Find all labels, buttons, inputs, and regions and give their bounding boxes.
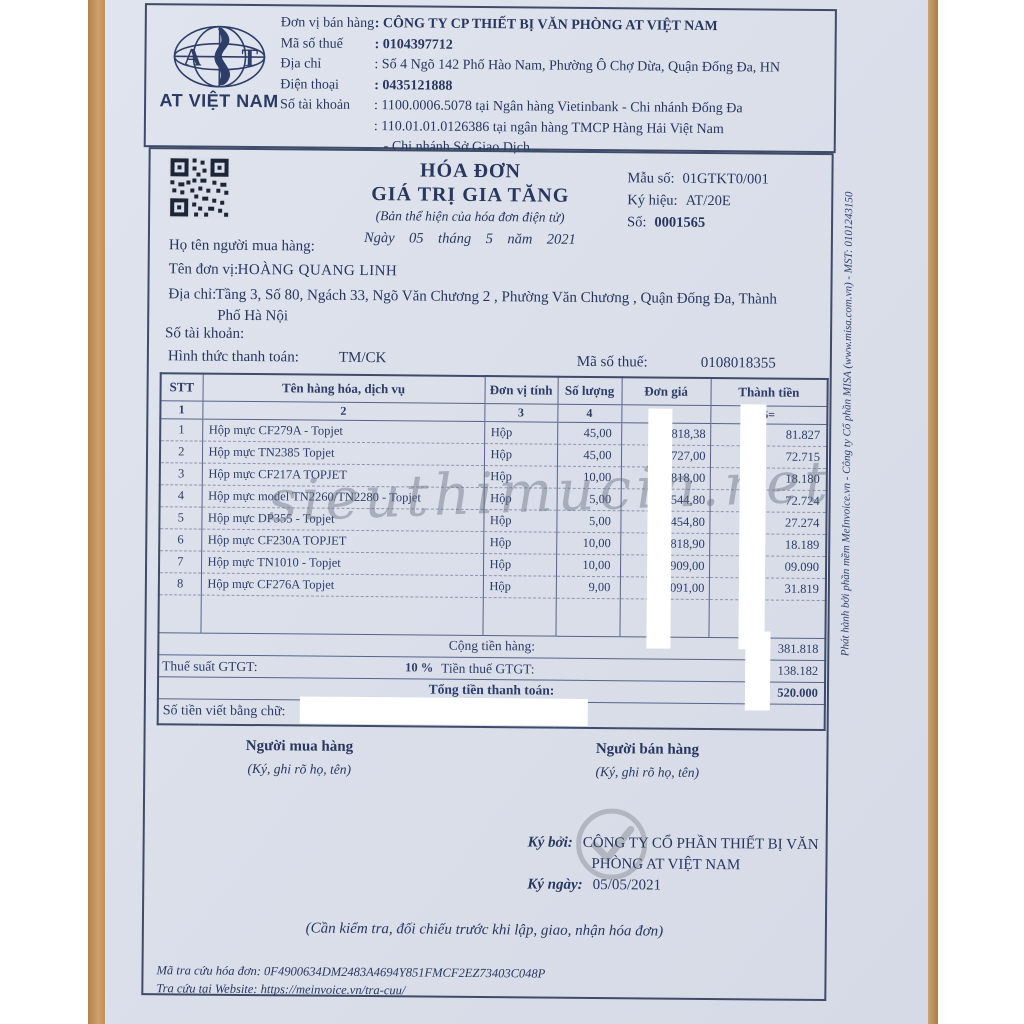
buyer-person-label: Họ tên người mua hàng: — [169, 237, 315, 255]
globe-logo-icon: A T — [165, 23, 274, 90]
line-items-table: STT Tên hàng hóa, dịch vụ Đơn vị tính Số… — [157, 372, 829, 731]
logo-text: AT VIỆT NAM — [158, 90, 280, 112]
cell-amount: 18.180 — [710, 467, 827, 490]
buyer-address-line2: Phố Hà Nội — [217, 308, 288, 326]
cell-name: Hộp mực CF217A TOPJET — [202, 463, 484, 487]
cell-stt: 3 — [160, 462, 202, 484]
cell-stt: 1 — [160, 418, 202, 440]
cell-name: Hộp mực DP355 - Topjet — [201, 507, 483, 531]
number-value: 0001565 — [654, 215, 705, 231]
cell-name: Hộp mực CF279A - Topjet — [202, 419, 484, 443]
svg-text:T: T — [241, 45, 258, 72]
cell-amount: 31.819 — [709, 577, 826, 600]
buyer-unit-name: HOÀNG QUANG LINH — [238, 262, 398, 280]
seller-header-box: A T AT VIỆT NAM Đơn vị bán hàng: CÔNG TY… — [144, 3, 837, 153]
qr-code-icon — [168, 156, 231, 224]
cell-amount: 18.189 — [709, 533, 826, 556]
cell-name: Hộp mực CF230A TOPJET — [201, 529, 483, 553]
lookup-code-line: Mã tra cứu hóa đơn: 0F4900634DM2483A4694… — [156, 963, 545, 981]
vat-amount-label: Tiền thuế GTGT: — [441, 660, 534, 677]
form-label: Mẫu số: — [627, 170, 674, 186]
colnum-4: 4 — [557, 404, 621, 423]
number-label: Số: — [627, 214, 646, 230]
cell-stt: 8 — [159, 572, 201, 594]
cell-stt: 2 — [160, 440, 202, 462]
subtotal-value: 381.818 — [778, 641, 819, 656]
seller-taxcode-label: Mã số thuế — [281, 34, 375, 55]
colnum-3: 3 — [484, 403, 557, 422]
invoice-subtitle: (Bản thể hiện của hóa đơn điện tử) — [318, 206, 622, 229]
cell-qty: 10,00 — [556, 554, 620, 577]
buyer-taxcode-value: 0108018355 — [701, 355, 776, 373]
cell-qty: 10,00 — [557, 466, 621, 489]
serial-value: AT/20E — [686, 193, 731, 209]
vat-rate-label: Thuế suất GTGT: — [162, 658, 257, 675]
buyer-signature-note: (Ký, ghi rõ họ, tên) — [189, 760, 409, 778]
cell-unit: Hộp — [484, 487, 557, 510]
invoice-date: Ngày 05 tháng 5 năm 2021 — [318, 226, 622, 253]
seller-company-label: Đơn vị bán hàng — [281, 13, 375, 34]
vat-rate-value: 10 % — [405, 660, 433, 675]
seller-phone-label: Điện thoại — [280, 75, 374, 96]
signed-by-line2: PHÒNG AT VIỆT NAM — [527, 853, 818, 877]
signed-by-line1: CÔNG TY CỔ PHẦN THIẾT BỊ VĂN — [583, 835, 819, 853]
cell-stt: 4 — [160, 484, 202, 506]
buyer-unit-label: Tên đơn vị: — [169, 261, 239, 279]
header-unit: Đơn vị tính — [484, 376, 557, 404]
invoice-content: A T AT VIỆT NAM Đơn vị bán hàng: CÔNG TY… — [0, 0, 1024, 1024]
buyer-address-label: Địa chỉ: — [168, 286, 216, 303]
cell-amount: 72.724 — [710, 489, 827, 512]
payment-method-value: TM/CK — [339, 350, 387, 367]
header-price: Đơn giá — [621, 377, 710, 405]
seller-signature-block: Người bán hàng (Ký, ghi rõ họ, tên) — [537, 741, 757, 782]
empty-row — [158, 594, 825, 638]
cell-amount: 81.827 — [710, 423, 827, 446]
form-value: 01GTKT0/001 — [683, 171, 769, 188]
cell-qty: 45,00 — [557, 422, 621, 445]
colnum-6: 6= — [710, 405, 827, 424]
cell-unit: Hộp — [483, 531, 556, 554]
amount-in-words-label: Số tiền viết bằng chữ: — [163, 703, 286, 720]
cell-unit: Hộp — [484, 421, 557, 444]
cell-unit: Hộp — [483, 575, 556, 598]
cell-name: Hộp mực TN1010 - Topjet — [201, 551, 483, 575]
vat-amount-value: 138.182 — [777, 663, 818, 678]
seller-info: Đơn vị bán hàng: CÔNG TY CP THIẾT BỊ VĂN… — [280, 13, 833, 161]
seller-account-label: Số tài khoản — [280, 95, 374, 116]
seller-address-label: Địa chỉ — [280, 54, 374, 75]
lookup-website-label: Tra cứu tại Website: — [156, 981, 257, 996]
cell-unit: Hộp — [484, 465, 557, 488]
signed-by-label: Ký bởi: — [528, 834, 573, 850]
cell-unit: Hộp — [483, 553, 556, 576]
buyer-signature-block: Người mua hàng (Ký, ghi rõ họ, tên) — [189, 737, 409, 778]
seller-signature-note: (Ký, ghi rõ họ, tên) — [537, 764, 757, 782]
lookup-website-url: https://meinvoice.vn/tra-cuu/ — [261, 982, 406, 997]
payment-method-label: Hình thức thanh toán: — [168, 348, 299, 366]
colnum-1: 1 — [160, 400, 202, 418]
cell-amount: 72.715 — [710, 445, 827, 468]
invoice-meta-block: Mẫu số:01GTKT0/001 Ký hiệu:AT/20E Số:000… — [627, 167, 769, 234]
redaction-box-amount-in-words — [300, 696, 588, 726]
cell-stt: 6 — [159, 528, 201, 550]
cell-name: Hộp mực model TN2260/TN2280 - Topjet — [202, 485, 484, 509]
cell-qty: 45,00 — [557, 444, 621, 467]
lookup-code-label: Mã tra cứu hóa đơn: — [156, 963, 261, 978]
invoice-title-block: HÓA ĐƠN GIÁ TRỊ GIA TĂNG (Bản thể hiện c… — [318, 159, 623, 253]
redaction-box-amount — [738, 404, 766, 649]
subtotal-label: Cộng tiền hàng: — [159, 635, 824, 657]
buyer-signature-title: Người mua hàng — [189, 737, 409, 756]
header-qty: Số lượng — [557, 377, 621, 405]
lookup-website-line: Tra cứu tại Website: https://meinvoice.v… — [156, 981, 405, 998]
publisher-side-note: Phát hành bởi phần mềm MeInvoice.vn - Cô… — [839, 131, 864, 656]
redaction-box-unit-price — [646, 408, 672, 648]
header-stt: STT — [160, 373, 202, 400]
signed-date-value: 05/05/2021 — [593, 877, 661, 894]
lookup-code-value: 0F4900634DM2483A4694Y851FMCF2EZ73403C048… — [264, 964, 545, 980]
company-logo: A T AT VIỆT NAM — [158, 23, 281, 112]
cell-name: Hộp mực CF276A Topjet — [201, 573, 483, 597]
serial-label: Ký hiệu: — [627, 192, 677, 208]
cell-stt: 5 — [159, 506, 201, 528]
cell-amount: 27.274 — [709, 511, 826, 534]
cell-qty: 5,00 — [556, 510, 620, 533]
verification-note: (Cần kiểm tra, đối chiếu trước khi lập, … — [144, 919, 825, 942]
invoice-title-line1: HÓA ĐƠN — [318, 159, 622, 185]
grand-total-value: 520.000 — [777, 685, 818, 700]
cell-name: Hộp mực TN2385 Topjet — [202, 441, 484, 465]
redaction-box-totals — [745, 631, 771, 710]
buyer-taxcode-label: Mã số thuế: — [577, 354, 648, 372]
cell-qty: 10,00 — [556, 532, 620, 555]
scanned-invoice-page: A T AT VIỆT NAM Đơn vị bán hàng: CÔNG TY… — [0, 0, 1024, 1024]
cell-stt: 7 — [159, 550, 201, 572]
digital-signature-info: Ký bởi:CÔNG TY CỔ PHẦN THIẾT BỊ VĂN PHÒN… — [527, 832, 819, 898]
buyer-address-line1: Tầng 3, Số 80, Ngách 33, Ngõ Văn Chương … — [215, 287, 777, 309]
cell-qty: 5,00 — [557, 488, 621, 511]
signed-date-label: Ký ngày: — [527, 876, 583, 892]
cell-amount: 09.090 — [709, 555, 826, 578]
invoice-body-box: HÓA ĐƠN GIÁ TRỊ GIA TĂNG (Bản thể hiện c… — [141, 147, 833, 1001]
cell-unit: Hộp — [483, 509, 556, 532]
seller-signature-title: Người bán hàng — [537, 741, 757, 760]
cell-unit: Hộp — [484, 443, 557, 466]
header-name: Tên hàng hóa, dịch vụ — [202, 374, 484, 403]
invoice-title-line2: GIÁ TRỊ GIA TĂNG — [318, 182, 622, 209]
svg-text:A: A — [183, 44, 201, 71]
header-amount: Thành tiền — [710, 378, 827, 406]
cell-qty: 9,00 — [556, 576, 620, 599]
buyer-account-label: Số tài khoản: — [165, 325, 244, 343]
